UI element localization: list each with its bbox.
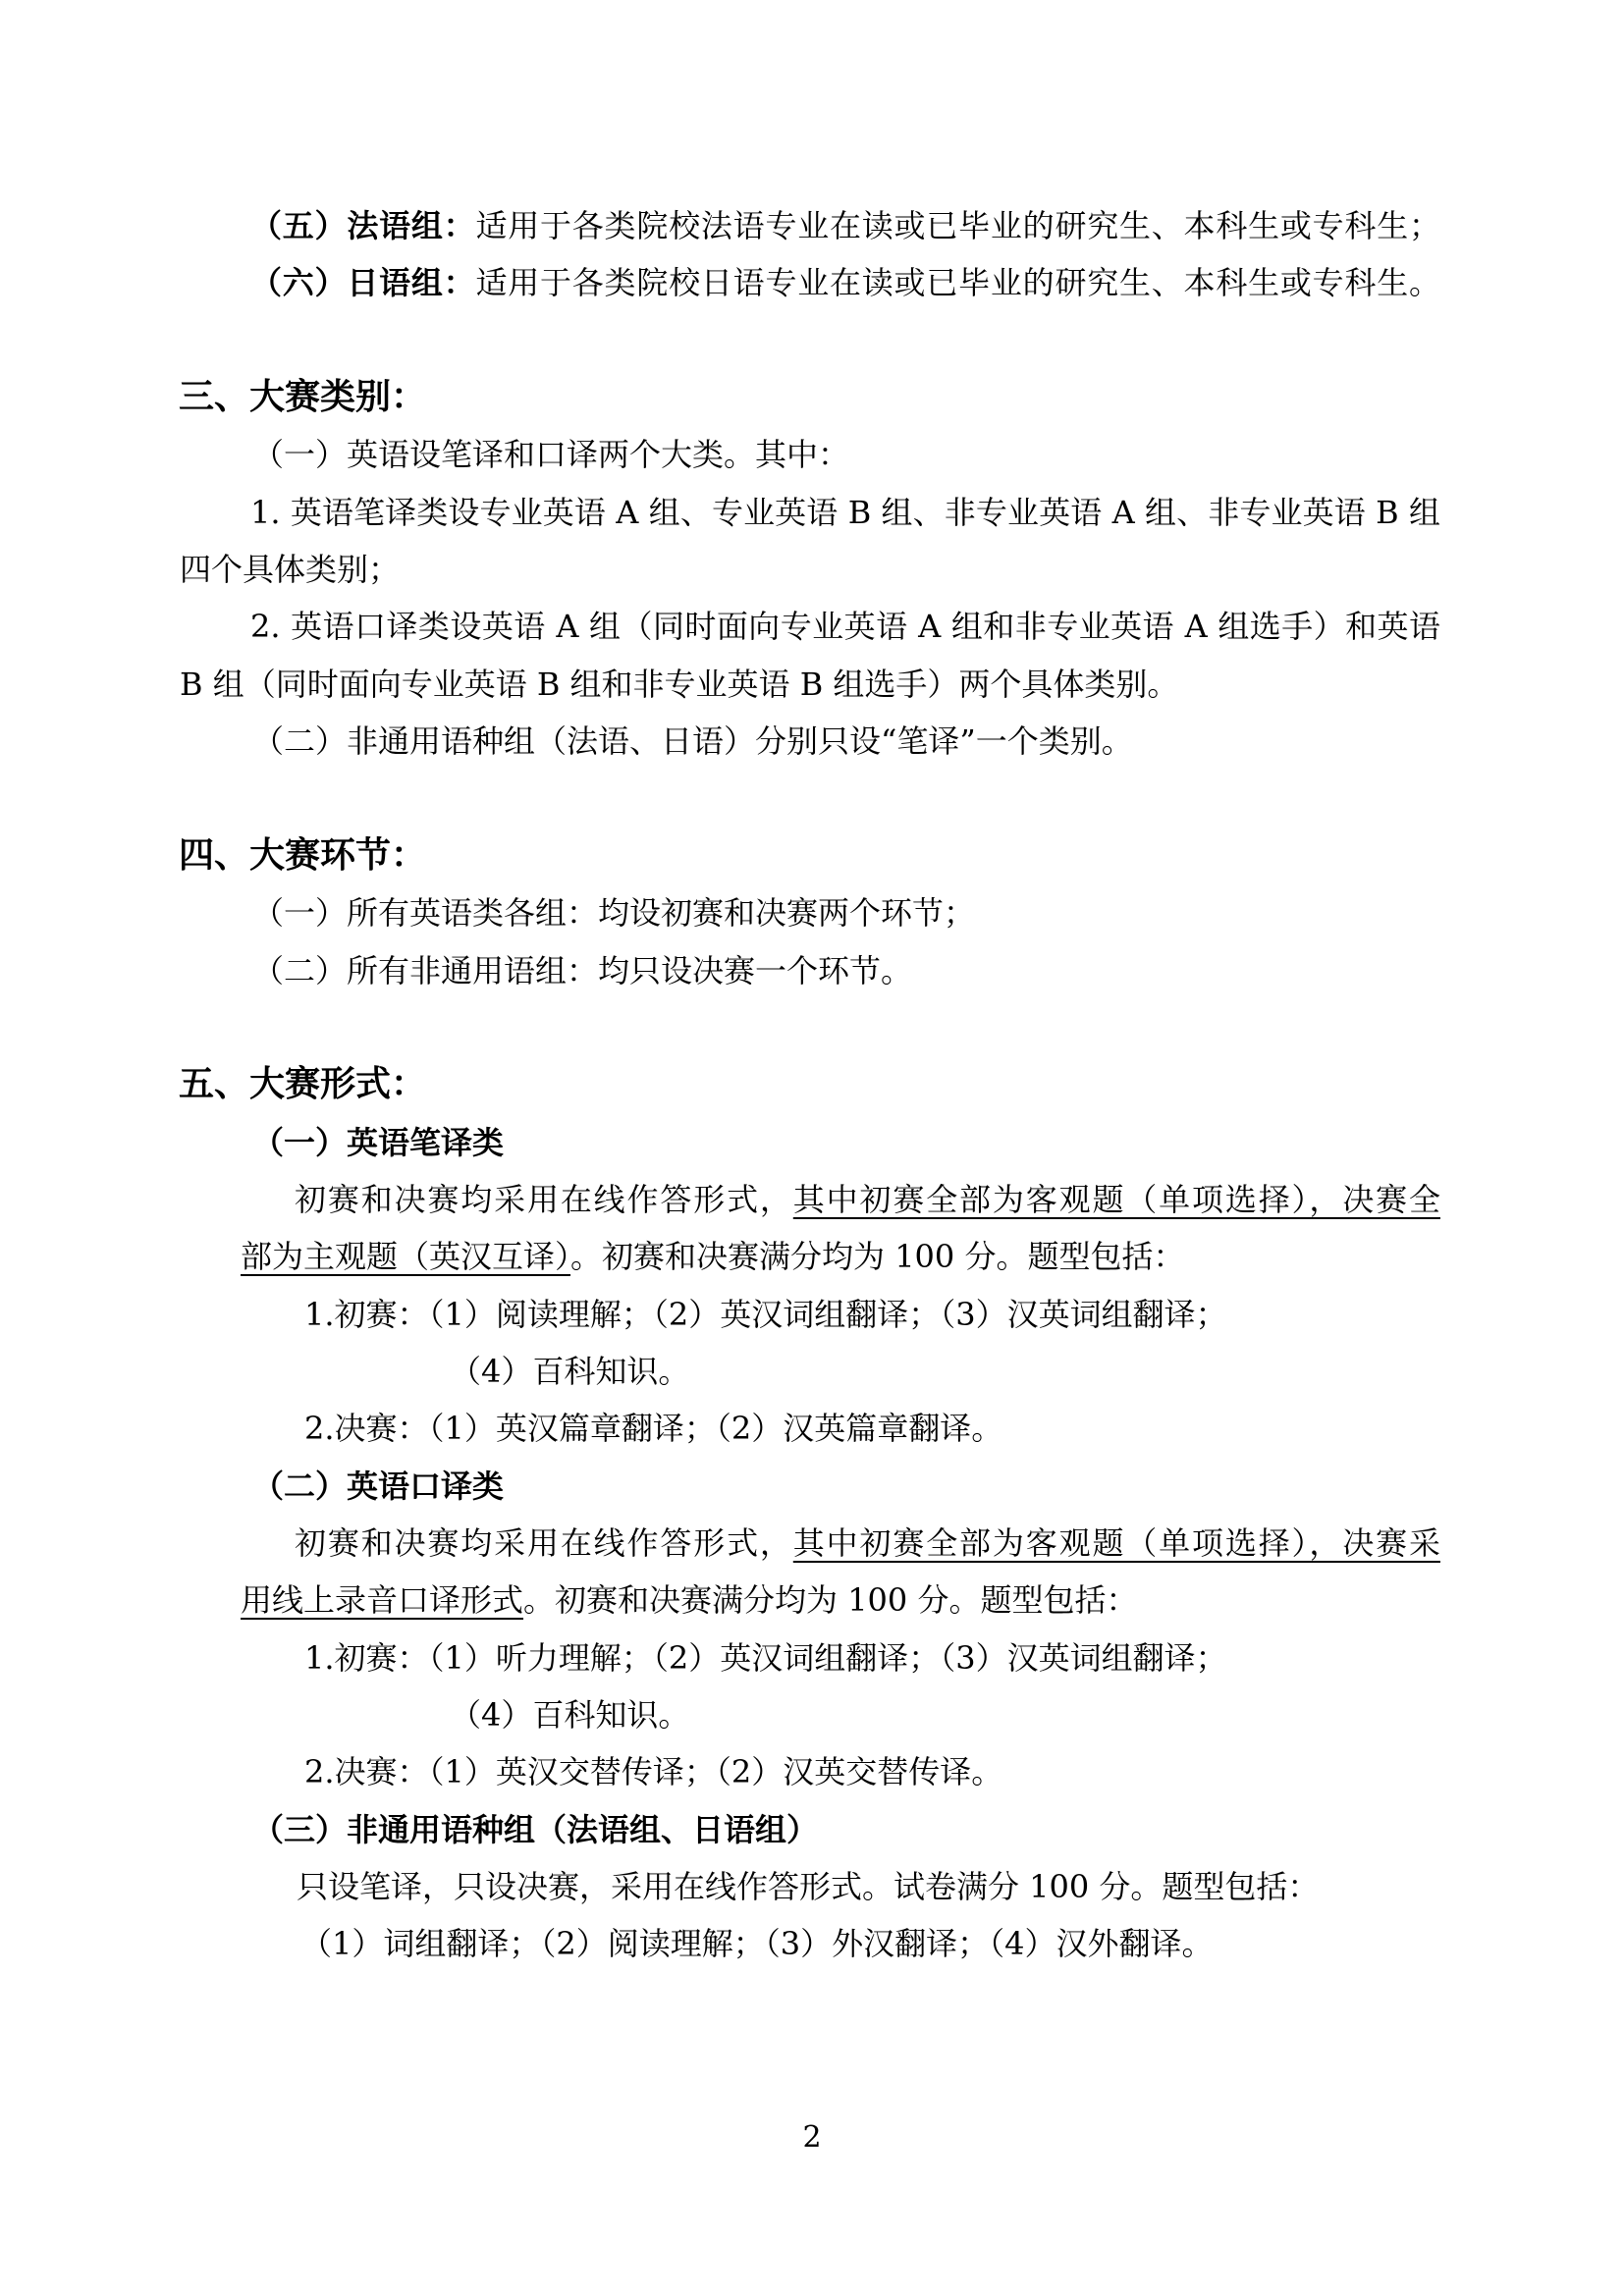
sub-1-para-line-1-normal: 初赛和决赛均采用在线作答形式， [295, 1181, 793, 1218]
section-3-heading: 三、大赛类别： [179, 375, 426, 421]
document-page: （五）法语组：适用于各类院校法语专业在读或已毕业的研究生、本科生或专科生； （六… [0, 0, 1624, 2296]
sub-2-para-line-1-underlined: 其中初赛全部为客观题（单项选择），决赛采 [793, 1524, 1440, 1562]
section-5-sub-3-items: （1）词组翻译；（2）阅读理解；（3）外汉翻译；（4）汉外翻译。 [300, 1924, 1213, 1965]
sub-2-para-line-2-normal: 。初赛和决赛满分均为 100 分。题型包括： [523, 1581, 1137, 1619]
list-item-6: （六）日语组：适用于各类院校日语专业在读或已毕业的研究生、本科生或专科生。 [250, 263, 1440, 304]
section-5-heading: 五、大赛形式： [179, 1062, 426, 1108]
section-3-para-2-line-1: 1. 英语笔译类设专业英语 A 组、专业英语 B 组、非专业英语 A 组、非专业… [250, 493, 1440, 534]
section-5-sub-2-para-line-1: 初赛和决赛均采用在线作答形式，其中初赛全部为客观题（单项选择），决赛采 [295, 1523, 1440, 1565]
section-3-para-4: （二）非通用语种组（法语、日语）分别只设“笔译”一个类别。 [252, 721, 1133, 763]
section-5-sub-2-para-line-2: 用线上录音口译形式。初赛和决赛满分均为 100 分。题型包括： [241, 1580, 1137, 1622]
list-item-5-label: （五）法语组： [250, 207, 475, 244]
section-4-item-2: （二）所有非通用语组：均只设决赛一个环节。 [252, 951, 912, 992]
section-5-sub-1-heading: （一）英语笔译类 [252, 1123, 504, 1164]
section-5-sub-2-heading: （二）英语口译类 [252, 1467, 504, 1508]
page-number: 2 [0, 2120, 1624, 2155]
sub-1-para-line-1-underlined: 其中初赛全部为客观题（单项选择），决赛全 [793, 1181, 1440, 1218]
section-5-sub-1-item-1-line-1: 1.初赛：（1）阅读理解；（2）英汉词组翻译；（3）汉英词组翻译； [304, 1295, 1227, 1336]
sub-1-para-line-2-underlined: 部为主观题（英汉互译） [241, 1238, 570, 1275]
section-5-sub-1-item-2: 2.决赛：（1）英汉篇章翻译；（2）汉英篇章翻译。 [304, 1409, 1002, 1450]
section-3-para-3-line-1: 2. 英语口译类设英语 A 组（同时面向专业英语 A 组和非专业英语 A 组选手… [250, 607, 1440, 648]
sub-2-para-line-2-underlined: 用线上录音口译形式 [241, 1581, 523, 1619]
sub-2-para-line-1-normal: 初赛和决赛均采用在线作答形式， [295, 1524, 793, 1562]
section-3-para-1: （一）英语设笔译和口译两个大类。其中： [252, 435, 849, 476]
list-item-5: （五）法语组：适用于各类院校法语专业在读或已毕业的研究生、本科生或专科生； [250, 206, 1440, 247]
section-5-sub-2-item-2: 2.决赛：（1）英汉交替传译；（2）汉英交替传译。 [304, 1752, 1002, 1793]
section-4-item-1: （一）所有英语类各组：均设初赛和决赛两个环节； [252, 893, 975, 934]
section-5-sub-3-heading: （三）非通用语种组（法语组、日语组） [252, 1810, 818, 1851]
section-3-para-2-line-2: 四个具体类别； [180, 550, 400, 591]
section-5-sub-2-item-1-line-2: （4）百科知识。 [450, 1695, 689, 1736]
section-3-para-3-line-2: B 组（同时面向专业英语 B 组和非专业英语 B 组选手）两个具体类别。 [180, 665, 1178, 706]
list-item-5-text: 适用于各类院校法语专业在读或已毕业的研究生、本科生或专科生； [475, 207, 1440, 244]
sub-1-para-line-2-normal: 。初赛和决赛满分均为 100 分。题型包括： [570, 1238, 1184, 1275]
section-5-sub-1-item-1-line-2: （4）百科知识。 [450, 1352, 689, 1393]
list-item-6-label: （六）日语组： [250, 264, 475, 301]
section-5-sub-3-para: 只设笔译，只设决赛，采用在线作答形式。试卷满分 100 分。题型包括： [297, 1867, 1319, 1908]
list-item-6-text: 适用于各类院校日语专业在读或已毕业的研究生、本科生或专科生。 [475, 264, 1440, 301]
section-5-sub-2-item-1-line-1: 1.初赛：（1）听力理解；（2）英汉词组翻译；（3）汉英词组翻译； [304, 1638, 1227, 1680]
section-5-sub-1-para-line-1: 初赛和决赛均采用在线作答形式，其中初赛全部为客观题（单项选择），决赛全 [295, 1180, 1440, 1221]
section-5-sub-1-para-line-2: 部为主观题（英汉互译）。初赛和决赛满分均为 100 分。题型包括： [241, 1237, 1184, 1278]
section-4-heading: 四、大赛环节： [179, 833, 426, 880]
